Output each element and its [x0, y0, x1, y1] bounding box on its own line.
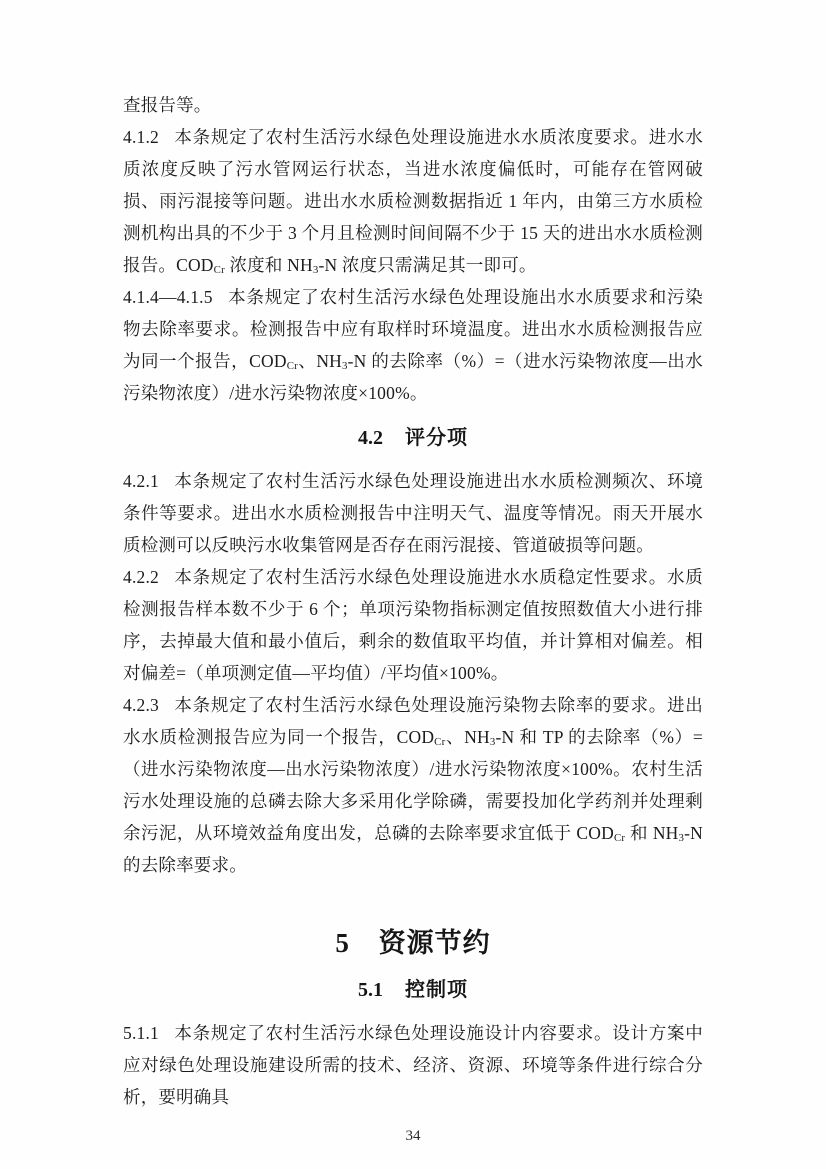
text-run: 和 NH: [625, 823, 678, 843]
text-run: 查报告等。: [123, 95, 212, 115]
paragraph-4.2.1: 4.2.1本条规定了农村生活污水绿色处理设施进出水水质检测频次、环境条件等要求。…: [123, 465, 703, 561]
document-body: 查报告等。4.1.2本条规定了农村生活污水绿色处理设施进水水质浓度要求。进水水质…: [123, 89, 703, 1113]
section-heading-5.1: 5.1控制项: [123, 976, 703, 1004]
heading-title: 评分项: [405, 427, 468, 449]
clause-number: 4.1.2: [123, 127, 159, 147]
text-run: -N 浓度只需满足其一即可。: [318, 255, 536, 275]
section-heading-5: 5资源节约: [123, 925, 703, 961]
paragraph: 查报告等。: [123, 89, 703, 121]
text-run: 、NH: [445, 727, 489, 747]
heading-number: 4.2: [358, 427, 383, 449]
heading-title: 控制项: [405, 979, 468, 1001]
paragraph-4.2.2: 4.2.2本条规定了农村生活污水绿色处理设施进水水质稳定性要求。水质检测报告样本…: [123, 561, 703, 689]
heading-title: 资源节约: [379, 928, 491, 958]
paragraph-4.1.2: 4.1.2本条规定了农村生活污水绿色处理设施进水水质浓度要求。进水水质浓度反映了…: [123, 121, 703, 281]
subscript-text: Cr: [214, 264, 225, 276]
paragraph-4.2.3: 4.2.3本条规定了农村生活污水绿色处理设施污染物去除率的要求。进出水水质检测报…: [123, 689, 703, 881]
page-footer: 34: [123, 1125, 703, 1147]
heading-number: 5.1: [358, 979, 383, 1001]
text-run: 浓度和 NH: [225, 255, 313, 275]
subscript-text: Cr: [614, 832, 625, 844]
clause-number: 4.2.2: [123, 567, 159, 587]
clause-number: 4.2.3: [123, 695, 159, 715]
clause-number: 4.2.1: [123, 471, 159, 491]
clause-number: 4.1.4—4.1.5: [123, 287, 213, 307]
clause-number: 5.1.1: [123, 1023, 159, 1043]
text-run: 本条规定了农村生活污水绿色处理设施进水水质稳定性要求。水质检测报告样本数不少于 …: [123, 567, 703, 683]
text-run: 本条规定了农村生活污水绿色处理设施进出水水质检测频次、环境条件等要求。进出水水质…: [123, 471, 703, 555]
text-run: 、NH: [298, 351, 342, 371]
paragraph-4.1.4—4.1.5: 4.1.4—4.1.5本条规定了农村生活污水绿色处理设施出水水质要求和污染物去除…: [123, 281, 703, 409]
text-run: 本条规定了农村生活污水绿色处理设施进水水质浓度要求。进水水质浓度反映了污水管网运…: [123, 127, 703, 275]
text-run: 本条规定了农村生活污水绿色处理设施设计内容要求。设计方案中应对绿色处理设施建设所…: [123, 1023, 703, 1107]
section-heading-4.2: 4.2评分项: [123, 424, 703, 452]
heading-number: 5: [335, 928, 349, 958]
subscript-text: Cr: [287, 360, 298, 372]
subscript-text: Cr: [434, 736, 445, 748]
page-number: 34: [406, 1128, 421, 1144]
paragraph-5.1.1: 5.1.1本条规定了农村生活污水绿色处理设施设计内容要求。设计方案中应对绿色处理…: [123, 1017, 703, 1113]
document-page: 查报告等。4.1.2本条规定了农村生活污水绿色处理设施进水水质浓度要求。进水水质…: [0, 0, 826, 1169]
